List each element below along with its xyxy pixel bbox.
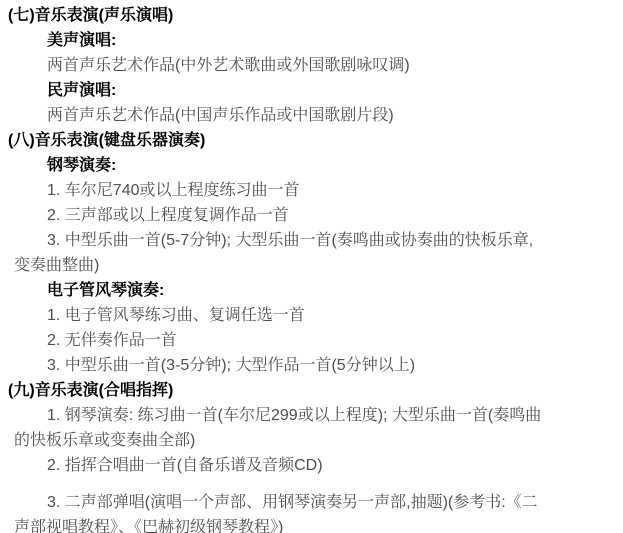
requirement-line: 两首声乐艺术作品(中外艺术歌曲或外国歌剧咏叹调) — [47, 53, 623, 78]
section-keyboard-performance: (八)音乐表演(键盘乐器演奏) 钢琴演奏: 1. 车尔尼740或以上程度练习曲一… — [0, 128, 623, 378]
section-heading: (八)音乐表演(键盘乐器演奏) — [8, 128, 623, 153]
requirement-line-continuation: 变奏曲整曲) — [14, 253, 623, 278]
subsection-heading: 美声演唱: — [47, 28, 623, 53]
section-heading: (九)音乐表演(合唱指挥) — [8, 378, 623, 403]
requirement-line: 3. 二声部弹唱(演唱一个声部、用钢琴演奏另一声部,抽题)(参考书:《二 — [47, 490, 623, 515]
requirement-line: 1. 钢琴演奏: 练习曲一首(车尔尼299或以上程度); 大型乐曲一首(奏鸣曲 — [47, 403, 623, 428]
requirement-line: 2. 指挥合唱曲一首(自备乐谱及音频CD) — [47, 453, 623, 478]
section-choral-conducting: (九)音乐表演(合唱指挥) 1. 钢琴演奏: 练习曲一首(车尔尼299或以上程度… — [0, 378, 623, 533]
requirement-line-continuation: 声部视唱教程》、《巴赫初级钢琴教程》) — [14, 515, 623, 533]
requirements-document: (七)音乐表演(声乐演唱) 美声演唱: 两首声乐艺术作品(中外艺术歌曲或外国歌剧… — [0, 0, 623, 533]
requirement-line: 两首声乐艺术作品(中国声乐作品或中国歌剧片段) — [47, 103, 623, 128]
requirement-line-continuation: 的快板乐章或变奏曲全部) — [14, 428, 623, 453]
requirement-line: 3. 中型乐曲一首(5-7分钟); 大型乐曲一首(奏鸣曲或协奏曲的快板乐章, — [47, 228, 623, 253]
requirement-line: 3. 中型乐曲一首(3-5分钟); 大型作品一首(5分钟以上) — [47, 353, 623, 378]
requirement-line: 2. 无伴奏作品一首 — [47, 328, 623, 353]
subsection-heading: 电子管风琴演奏: — [47, 278, 623, 303]
requirement-line: 1. 电子管风琴练习曲、复调任选一首 — [47, 303, 623, 328]
section-heading: (七)音乐表演(声乐演唱) — [8, 3, 623, 28]
subsection-heading: 钢琴演奏: — [47, 153, 623, 178]
requirement-line: 1. 车尔尼740或以上程度练习曲一首 — [47, 178, 623, 203]
subsection-heading: 民声演唱: — [47, 78, 623, 103]
section-vocal-performance: (七)音乐表演(声乐演唱) 美声演唱: 两首声乐艺术作品(中外艺术歌曲或外国歌剧… — [0, 3, 623, 128]
requirement-line: 2. 三声部或以上程度复调作品一首 — [47, 203, 623, 228]
